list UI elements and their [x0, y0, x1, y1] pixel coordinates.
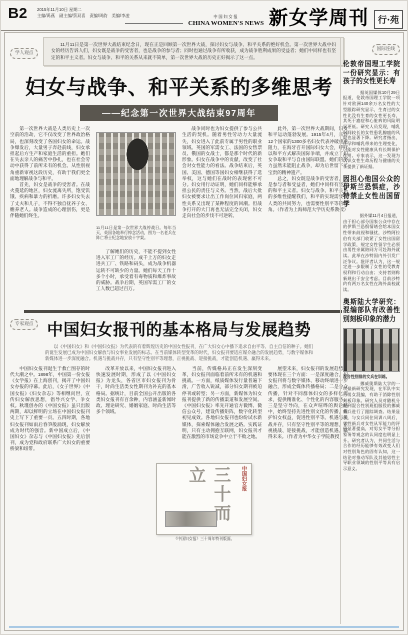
section-label-international: 国际连线: [372, 44, 400, 55]
article-women-and-war: 学人观点 11月11日是第一次世界大战结束纪念日，现在正是回顾第一次世界大战，探…: [10, 37, 348, 304]
bottom-blue-rule: [9, 626, 399, 628]
section-label-scholar: 学人观点: [10, 48, 38, 59]
main-area: 学人观点 11月11日是第一次世界大战结束纪念日，现在正是回顾第一次世界大战，探…: [10, 37, 348, 624]
graphic-masthead-text: 中国妇女报: [241, 466, 248, 491]
masthead-column-box: 行·苑: [374, 10, 403, 29]
content-frame: 学人观点 11月11日是第一次世界大战结束纪念日，现在正是回顾第一次世界大战，探…: [4, 32, 404, 631]
article1-col-2-text: 了解她们的历史，不能不提到女性进入军工厂的经历。成千上万的妇女走进兵工厂、铁路和…: [96, 249, 176, 292]
graphic-caption: 《中国妇女报》三十周年特刊版面。: [156, 537, 252, 542]
article1-subtitle: ——纪念第一次世界大战结束97周年: [80, 105, 278, 121]
wwi-memorial-photo: [96, 132, 176, 216]
article2-col-1: 中国妇女报刊诞生于救亡图存的时代大潮之中。1898年，中国第一份女报《女学报》在…: [10, 366, 90, 588]
article1-col-1: 第一次世界大战是人类历史上一次空前的浩劫，它不仅改变了世界政治格局，也深刻改变了…: [10, 126, 90, 304]
anniversary-front-page-graphic: 三十而立 中国妇女报: [156, 463, 252, 535]
header-rule: [1, 30, 407, 31]
article1-col-4: 此外，第一次世界大战期间，妇女和平运动蓬勃发展。1915年4月，来自12个国家的…: [268, 126, 348, 304]
wwi-photo-caption: 11月11日是第一次世界大战停战日。每年当天，英国各地举行悼念活动，图为一名老兵…: [96, 225, 176, 241]
masthead-divider-line: [125, 23, 183, 24]
page-number: B2: [8, 5, 27, 22]
soldiers-photo-caption: 混合性别排的女兵在训练。: [343, 374, 400, 379]
international-sidebar: 国际连线 伦敦帝国理工学院一份研究显示：有孩子的女性更长寿 据英国媒体10月29…: [343, 37, 400, 624]
sidebar-item-2-headline: 因担心他国公众的伊斯兰恐惧症，沙特禁止女性出国留学: [343, 176, 400, 210]
section-label-expert: 专家观点: [10, 319, 38, 330]
newspaper-page: B2 2015年11月10日 星期二 主编/禹燕 副主编/蔡双喜 责编/周韵 美…: [0, 0, 408, 635]
masthead: 中国妇女报 CHINA WOMEN'S NEWS 新女学周刊 行·苑: [125, 3, 403, 30]
article2-headline: 中国妇女报刊的基本格局与发展趋势: [10, 317, 348, 340]
article1-col-2: 11月11日是第一次世界大战停战日。每年当天，英国各地举行悼念活动，图为一名老兵…: [96, 126, 176, 304]
sidebar-item-mixed-units: 奥斯陆大学研究：混编部队有改善性别刻板印象的潜力 混合性别排的女兵在训练。 挪威…: [343, 299, 400, 472]
sidebar-item-2-body: 据外媒11月4日报道，由于担心部分国家公众中存在的伊斯兰恐惧情绪会给本国女性带来…: [343, 213, 400, 293]
sidebar-item-longevity: 伦敦帝国理工学院一份研究显示：有孩子的女性更长寿 据英国媒体10月29日报道，伦…: [343, 61, 400, 170]
article-divider-rule: [24, 310, 342, 313]
article1-columns: 第一次世界大战是人类历史上一次空前的浩劫，它不仅改变了世界政治格局，也深刻改变了…: [10, 126, 348, 304]
sidebar-item-3-headline: 奥斯陆大学研究：混编部队有改善性别刻板印象的潜力: [343, 299, 400, 325]
masthead-title: 新女学周刊: [269, 3, 369, 30]
graphic-inset-photo: [165, 511, 217, 527]
sidebar-item-1-body: 据英国媒体10月29日报道，伦敦帝国理工学院一项针对欧洲140余万名女性的大型跟…: [343, 90, 400, 170]
sidebar-item-1-headline: 伦敦帝国理工学院一份研究显示：有孩子的女性更长寿: [343, 61, 400, 87]
sidebar-item-saudi: 因担心他国公众的伊斯兰恐惧症，沙特禁止女性出国留学 据外媒11月4日报道，由于担…: [343, 176, 400, 293]
sidebar-separator-rule: [340, 38, 341, 624]
sidebar-item-3-body: 挪威奥斯陆大学的一项最新研究发现，在军队中实行男女混编，有助于消除性别刻板印象。…: [343, 381, 400, 472]
article1-col-3: 战争同时也为妇女提供了参与公共生活的契机。随着男性劳动力大量流失，妇女进入了此前…: [182, 126, 262, 304]
masthead-en: CHINA WOMEN'S NEWS: [188, 20, 264, 27]
article-women-press: 专家观点 中国妇女报刊的基本格局与发展趋势 以《中国妇女》和《中国妇女报》为代表…: [10, 317, 348, 588]
article1-headline: 妇女与战争、和平关系的多维思考: [10, 71, 348, 100]
article2-col-4: 展望未来，妇女报刊的发展趋势主要体现在三个方面：一是深度融合，妇女报刊将与数字媒…: [268, 366, 348, 588]
article1-intro: 11月11日是第一次世界大战结束纪念日，现在正是回顾第一次世界大战，探讨妇女与战…: [43, 37, 344, 66]
article2-intro: 以《中国妇女》和《中国妇女报》为代表的有着辉煌历史的中国女性报刊，在广大妇女心中…: [45, 344, 313, 362]
female-soldiers-photo: [343, 328, 400, 372]
page-header: B2 2015年11月10日 星期二 主编/禹燕 副主编/蔡双喜 责编/周韵 美…: [1, 1, 407, 31]
